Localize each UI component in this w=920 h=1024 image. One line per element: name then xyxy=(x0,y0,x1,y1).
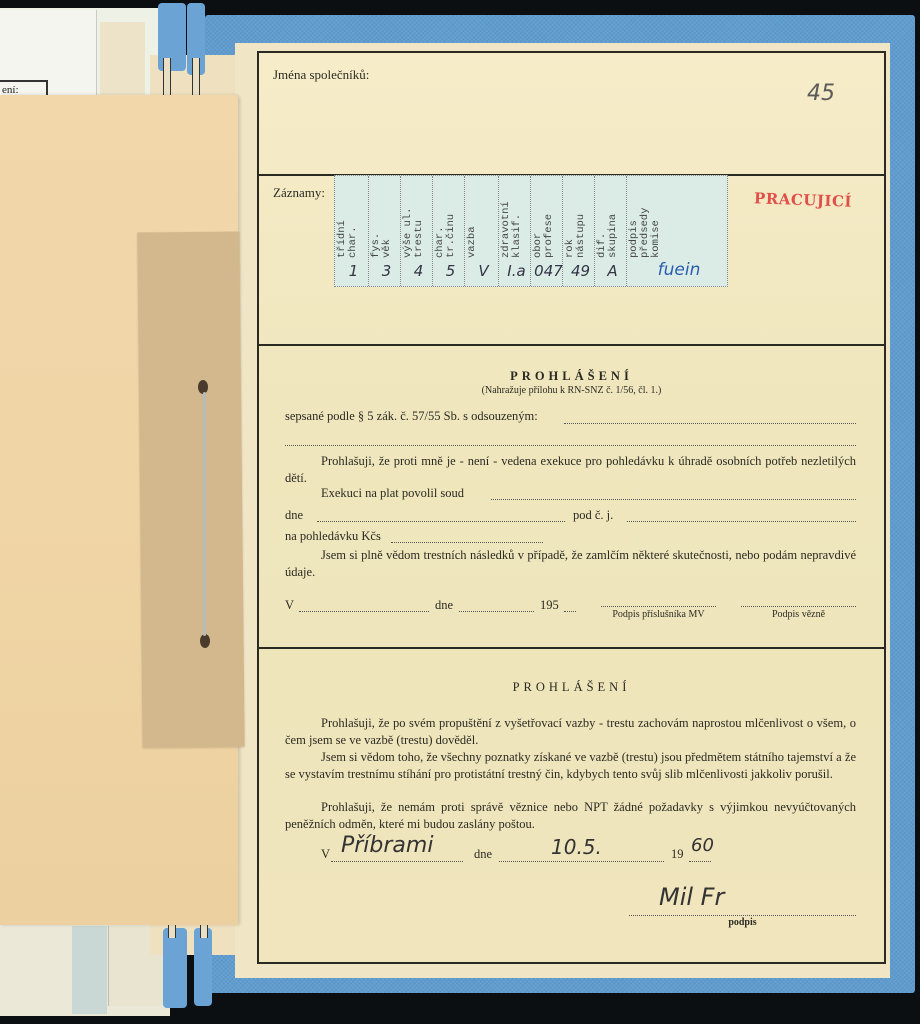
prisoner-signature-line[interactable] xyxy=(741,606,856,607)
slip-column: výše ul. trestu 4 xyxy=(401,176,433,286)
slip-column: char. tr.činu 5 xyxy=(433,176,465,286)
declaration2-para3: Prohlašuji, že nemám proti správě věznic… xyxy=(285,799,856,833)
year-prefix: 195 xyxy=(540,598,559,613)
prisoner-signature-label: Podpis vězně xyxy=(741,609,856,620)
claim-amount-field[interactable] xyxy=(391,542,543,543)
spine-tab xyxy=(194,928,212,1006)
background-paper-blue xyxy=(72,926,107,1014)
court-label: Exekuci na plat povolil soud xyxy=(321,486,464,501)
slip-column: zdravotní klasif. I.a xyxy=(499,176,531,286)
place-handwritten: Příbrami xyxy=(341,833,433,858)
officer-signature-label: Podpis příslušníka MV xyxy=(601,609,716,620)
claim-label: na pohledávku Kčs xyxy=(285,529,381,544)
declaration2-title: PROHLÁŠENÍ xyxy=(259,680,884,695)
year-prefix-2: 19 xyxy=(671,847,684,862)
date-handwritten: 10.5. xyxy=(551,835,602,859)
companions-label: Jména společníků: xyxy=(273,67,369,83)
declaration1-subtitle: (Nahražuje přílohu k RN-SNZ č. 1/56, čl.… xyxy=(259,385,884,396)
officer-signature-line[interactable] xyxy=(601,606,716,607)
section-divider xyxy=(259,344,884,346)
declaration2-para2: Jsem si vědom toho, že všechny poznatky … xyxy=(285,749,856,783)
slip-column: třídní char. 1 xyxy=(335,176,369,286)
tie-string[interactable] xyxy=(203,392,206,636)
signature-line[interactable] xyxy=(629,915,856,916)
year-field[interactable] xyxy=(564,611,576,612)
year-field-2[interactable] xyxy=(689,861,711,862)
slip-column: dif. skupina A xyxy=(595,176,627,286)
slip-column-signature: podpis předsedy komise fuein xyxy=(627,176,727,286)
envelope-flap[interactable] xyxy=(137,231,244,747)
drawn-up-label: sepsané podle § 5 zák. č. 57/55 Sb. s od… xyxy=(285,409,538,424)
declaration2-para1: Prohlašuji, že po svém propuštění z vyše… xyxy=(285,715,856,749)
prisoner-form: Jména společníků: 45 Záznamy: třídní cha… xyxy=(257,51,886,964)
date-label-2: dne xyxy=(474,847,492,862)
declaration1-para2: Jsem si plně vědom trestních následků v … xyxy=(285,547,856,581)
date-field-2[interactable] xyxy=(499,861,664,862)
place-date-field[interactable] xyxy=(459,611,534,612)
background-paper xyxy=(100,22,145,100)
ref-label: pod č. j. xyxy=(573,508,613,523)
slip-column: vazba V xyxy=(465,176,499,286)
convict-name-field[interactable] xyxy=(564,423,856,424)
records-slip: třídní char. 1 fys. věk 3 výše ul. trest… xyxy=(334,175,728,287)
slip-column: obor profese 047 xyxy=(531,176,563,286)
year-handwritten: 60 xyxy=(691,835,714,856)
place-date-label: dne xyxy=(435,598,453,613)
punch-hole-icon xyxy=(200,634,210,648)
court-date-field[interactable] xyxy=(317,521,565,522)
declaration1-title: PROHLÁŠENÍ xyxy=(259,369,884,384)
reference-field[interactable] xyxy=(627,521,856,522)
place-prefix-2: V xyxy=(321,847,330,862)
place-prefix: V xyxy=(285,598,294,613)
page-number: 45 xyxy=(807,81,835,106)
records-label: Záznamy: xyxy=(273,185,325,201)
place-field-2[interactable] xyxy=(331,861,463,862)
place-field[interactable] xyxy=(299,611,429,612)
spine-tab xyxy=(163,928,187,1008)
status-stamp: PRACUJICÍ xyxy=(754,189,853,210)
signature-handwritten: Mil Fr xyxy=(659,883,724,911)
court-field[interactable] xyxy=(491,499,856,500)
slip-column: fys. věk 3 xyxy=(369,176,401,286)
slip-column: rok nástupu 49 xyxy=(563,176,595,286)
section-divider xyxy=(259,647,884,649)
date-label: dne xyxy=(285,508,303,523)
signature-label: podpis xyxy=(629,917,856,928)
convict-name-field-cont[interactable] xyxy=(285,445,856,446)
declaration1-para1: Prohlašuji, že proti mně je - není - ved… xyxy=(285,453,856,487)
